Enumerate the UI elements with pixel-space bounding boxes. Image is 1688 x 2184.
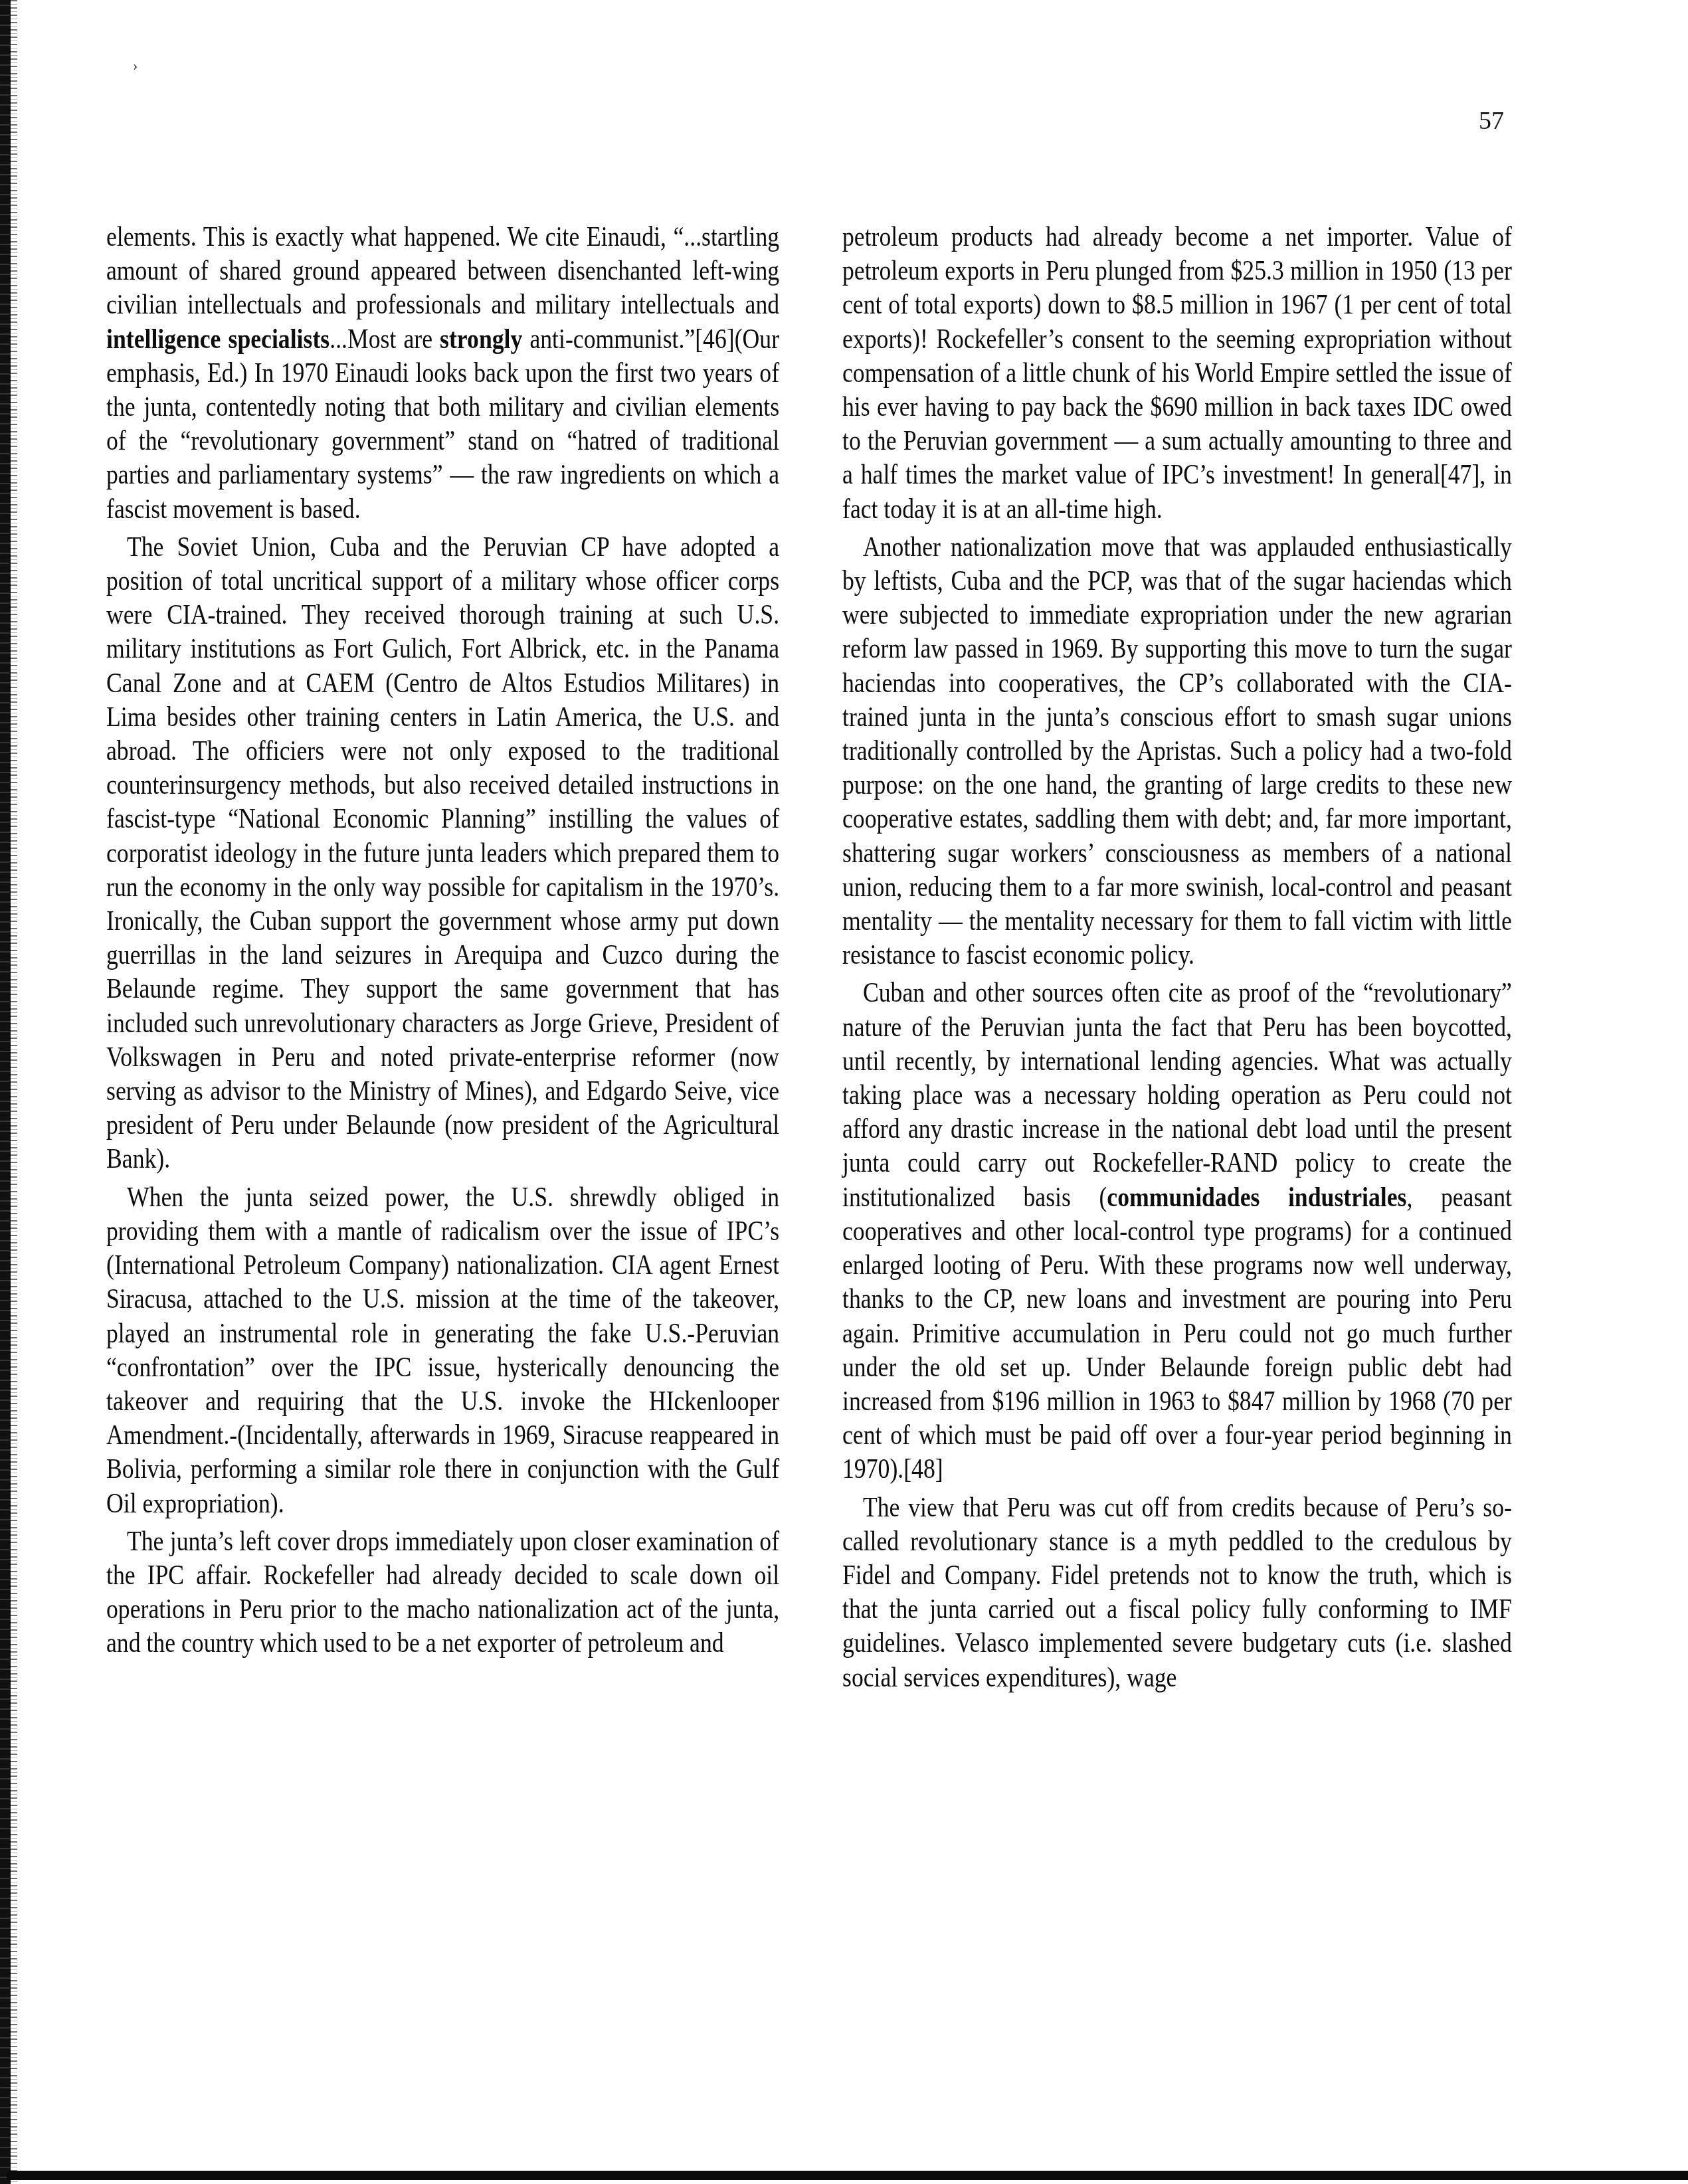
paragraph: The view that Peru was cut off from cred…	[842, 1491, 1512, 1694]
scan-binding-fringe	[9, 0, 17, 2184]
text-run: The junta’s left cover drops immediately…	[106, 1526, 779, 1659]
paragraph: Cuban and other sources often cite as pr…	[842, 976, 1512, 1486]
scanned-page: › 57 elements. This is exactly what happ…	[0, 0, 1688, 2184]
bold-text-run: communidades industriales	[1107, 1182, 1406, 1212]
text-run: petroleum products had already become a …	[842, 221, 1512, 524]
bold-text-run: strongly	[440, 323, 522, 354]
text-run: When the junta seized power, the U.S. sh…	[106, 1182, 779, 1518]
text-run: , peasant cooperatives and other local-c…	[842, 1182, 1512, 1485]
page-number: 57	[1479, 106, 1504, 136]
paragraph: The Soviet Union, Cuba and the Peruvian …	[106, 530, 779, 1176]
paragraph: When the junta seized power, the U.S. sh…	[106, 1180, 779, 1520]
scan-speck: ›	[133, 57, 138, 74]
left-column: elements. This is exactly what happened.…	[106, 220, 779, 1665]
paragraph: The junta’s left cover drops immediately…	[106, 1524, 779, 1661]
paragraph: elements. This is exactly what happened.…	[106, 220, 779, 526]
text-run: The Soviet Union, Cuba and the Peruvian …	[106, 531, 779, 1174]
paragraph: Another nationalization move that was ap…	[842, 530, 1512, 972]
right-column: petroleum products had already become a …	[842, 220, 1512, 1698]
text-run: ...Most are	[329, 323, 440, 354]
paragraph: petroleum products had already become a …	[842, 220, 1512, 526]
text-run: elements. This is exactly what happened.…	[106, 221, 779, 319]
scan-bottom-shadow	[7, 2171, 1688, 2180]
text-run: The view that Peru was cut off from cred…	[842, 1492, 1512, 1692]
bold-text-run: intelligence specialists	[106, 323, 329, 354]
text-run: Another nationalization move that was ap…	[842, 531, 1512, 970]
text-run: Cuban and other sources often cite as pr…	[842, 977, 1512, 1212]
